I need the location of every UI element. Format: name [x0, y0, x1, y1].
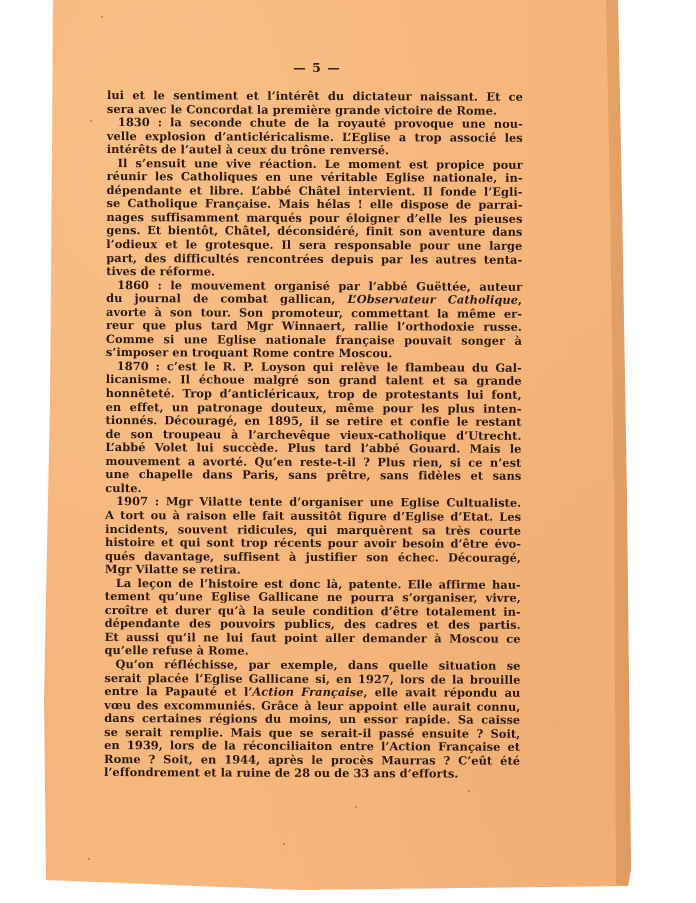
paragraph: 1860 : le mouvement organisé par l’abbé …: [106, 279, 522, 362]
paragraph: 1870 : c’est le R. P. Loyson qui relève …: [105, 360, 522, 497]
paper-speck: [283, 843, 285, 845]
paper-speck: [468, 790, 470, 792]
paragraph: 1830 : la seconde chute de la royauté pr…: [107, 116, 523, 158]
paper-speck: [90, 120, 92, 122]
paragraph: La leçon de l’histoire est donc là, pate…: [105, 577, 521, 660]
italic-title: Action Française: [252, 685, 363, 699]
paper-speck: [101, 16, 103, 18]
paragraph: 1907 : Mgr Vilatte tente d’organiser une…: [105, 495, 521, 578]
page-number: — 5 —: [0, 60, 634, 75]
text-line: l’effondrement et la ruine de 28 ou de 3…: [104, 766, 520, 781]
paper-speck: [88, 858, 90, 860]
italic-title: L’Observateur Catholique: [347, 292, 518, 307]
paper-speck: [355, 806, 357, 808]
paragraph: lui et le sentiment et l’intérêt du dict…: [107, 89, 523, 118]
paragraph: Il s’ensuit une vive réaction. Le moment…: [106, 157, 523, 281]
body-text: lui et le sentiment et l’intérêt du dict…: [104, 89, 523, 782]
text-line: une chapelle dans Paris, sans prêtre, sa…: [105, 468, 521, 483]
paragraph: Qu’on réfléchisse, par exemple, dans que…: [104, 658, 521, 782]
